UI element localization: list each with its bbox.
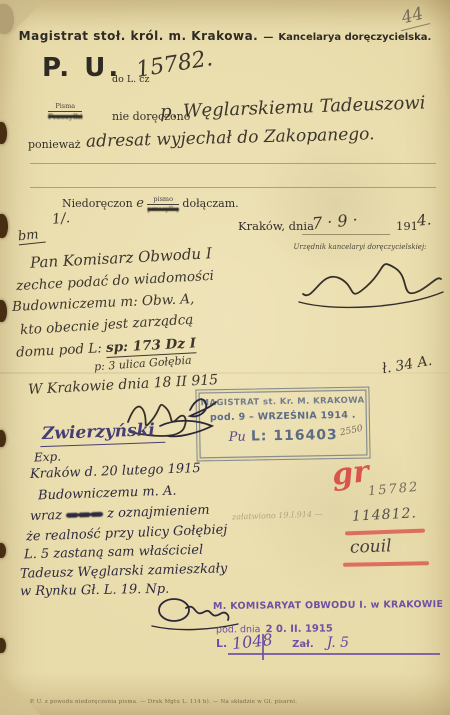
pisma-fraction: Pisma Przesyłki xyxy=(48,103,82,120)
note1-line: Pan Komisarz Obwodu I xyxy=(30,244,213,271)
purple-signature: Zwierzyński xyxy=(40,420,166,447)
paper-tear-spot xyxy=(0,543,6,558)
document-header: Magistrat stoł. król. m. Krakowa. — Kanc… xyxy=(0,25,450,44)
red-underline xyxy=(345,529,425,536)
paper-tear-spot xyxy=(0,300,7,322)
paper-tear-spot xyxy=(0,214,8,238)
magistrat-stamp-line1: MAGISTRAT st. Kr. M. KRAKOWA xyxy=(197,396,369,409)
note1-line: kto obecnie jest zarządcą xyxy=(20,312,194,339)
pencil-script-note: couil xyxy=(350,536,392,557)
przesylke-struck-word: przesyłkę xyxy=(147,205,178,213)
note1-l5-pre: domu pod L: xyxy=(16,340,103,360)
pisma-label: Pisma xyxy=(48,103,82,112)
ruled-line xyxy=(30,187,436,188)
note2-line: L. 5 zastaną sam właściciel xyxy=(24,543,204,563)
pismo-fraction: pismo przesyłkę xyxy=(147,196,178,212)
niedoreczon-label: Niedoręczon xyxy=(62,197,133,210)
magistrat-stamp-prefix-handwritten: Pu xyxy=(229,430,246,445)
scribble-strike: ▬▬▬ xyxy=(66,507,103,523)
note2-line: Kraków d. 20 lutego 1915 xyxy=(30,461,201,482)
header-subtitle: Kancelarya doręczycielska. xyxy=(278,32,431,43)
magistrat-stamp: MAGISTRAT st. Kr. M. KRAKOWA pod. 9 – WR… xyxy=(195,386,370,461)
magistrat-stamp-number: L: 116403 xyxy=(251,427,338,445)
komisaryat-zal-value-handwritten: J. 5 xyxy=(327,635,349,651)
pencil-number-2: 114812. xyxy=(352,505,418,524)
note1-line: Budowniczemu m: Obw. A, xyxy=(12,291,195,315)
niedoreczon-line: Niedoręczon e pismo przesyłkę dołączam. xyxy=(62,196,239,212)
form-code: P. U. xyxy=(42,53,121,83)
note2-line: Budowniczemu m. A. xyxy=(38,484,177,504)
pisma-struck-word: Przesyłki xyxy=(48,112,82,121)
note1-bm: bm xyxy=(17,227,45,246)
year-handwritten: 4. xyxy=(416,210,432,229)
komisaryat-stamp-line3: L. 1048 Zał. J. 5 xyxy=(216,632,349,651)
note1-line: zechce podać do wiadomości xyxy=(16,268,215,294)
paper-tear-spot xyxy=(0,122,7,144)
pencil-number-1: 15782 xyxy=(367,480,419,499)
komisaryat-zal-label: Zał. xyxy=(292,639,314,650)
date-underline xyxy=(302,234,390,235)
note2-line: Exp. xyxy=(34,450,62,465)
komisaryat-stamp-tick xyxy=(262,634,264,660)
note2-line-corrected: wraz ▬▬▬ z oznajmieniem xyxy=(30,503,210,524)
clerk-signature-flourish xyxy=(295,252,445,307)
red-crayon-mark: gr xyxy=(330,454,370,493)
year-print: 191 xyxy=(396,219,418,233)
ink-flourish xyxy=(150,392,220,440)
ruled-line xyxy=(30,163,436,164)
dolaczam-label: dołączam. xyxy=(182,197,238,210)
komisaryat-l-label: L. xyxy=(216,637,227,650)
niedoreczon-suffix-handwritten: e xyxy=(136,196,144,211)
case-number-handwritten: 15782. xyxy=(135,46,215,83)
note2-l4a: wraz xyxy=(30,508,62,524)
komisaryat-l-number-handwritten: 1048 xyxy=(231,630,273,653)
corner-fold-bottom xyxy=(0,675,60,715)
red-underline xyxy=(343,561,429,567)
city-date-label: Kraków, dnia xyxy=(238,219,314,233)
header-dash: — xyxy=(263,32,273,43)
document-scan: 44 Magistrat stoł. król. m. Krakowa. — K… xyxy=(0,0,450,715)
addressee-handwritten: p. Węglarskiemu Tadeuszowi xyxy=(160,92,426,122)
note2-line: Tadeusz Węglarski zamieszkały xyxy=(20,561,228,581)
paper-tear-spot xyxy=(0,638,6,653)
ref-mark-handwritten: 1/. xyxy=(51,210,71,228)
faint-pencil-note: załatwiono 19.I.914 — xyxy=(232,509,323,521)
note2-line: że realność przy ulicy Gołębiej xyxy=(26,522,228,544)
magistrat-stamp-line2: pod. 9 – WRZEŚNIA 1914 . xyxy=(197,410,369,424)
paper-tear-spot xyxy=(0,430,6,447)
pismo-label: pismo xyxy=(147,196,178,205)
note2-line: w Rynku Gł. L. 19. Np. xyxy=(20,582,170,600)
note2-l4b: z oznajmieniem xyxy=(107,503,210,522)
date-handwritten: 7 · 9 · xyxy=(311,210,358,233)
komisaryat-stamp-line1: M. KOMISARYAT OBWODU I. w KRAKOWIE xyxy=(213,599,443,612)
reason-handwritten: adresat wyjechał do Zakopanego. xyxy=(86,124,375,152)
header-title: Magistrat stoł. król. m. Krakowa. xyxy=(19,29,259,43)
footer-imprint: P. U. z powodu niedoręczenia pisma. — Dr… xyxy=(30,699,297,705)
komisaryat-stamp-underline xyxy=(228,653,440,655)
poniewaz-label: ponieważ xyxy=(28,138,81,151)
clerk-label: Urzędnik kancelaryi doręczycielskiej: xyxy=(280,243,440,251)
